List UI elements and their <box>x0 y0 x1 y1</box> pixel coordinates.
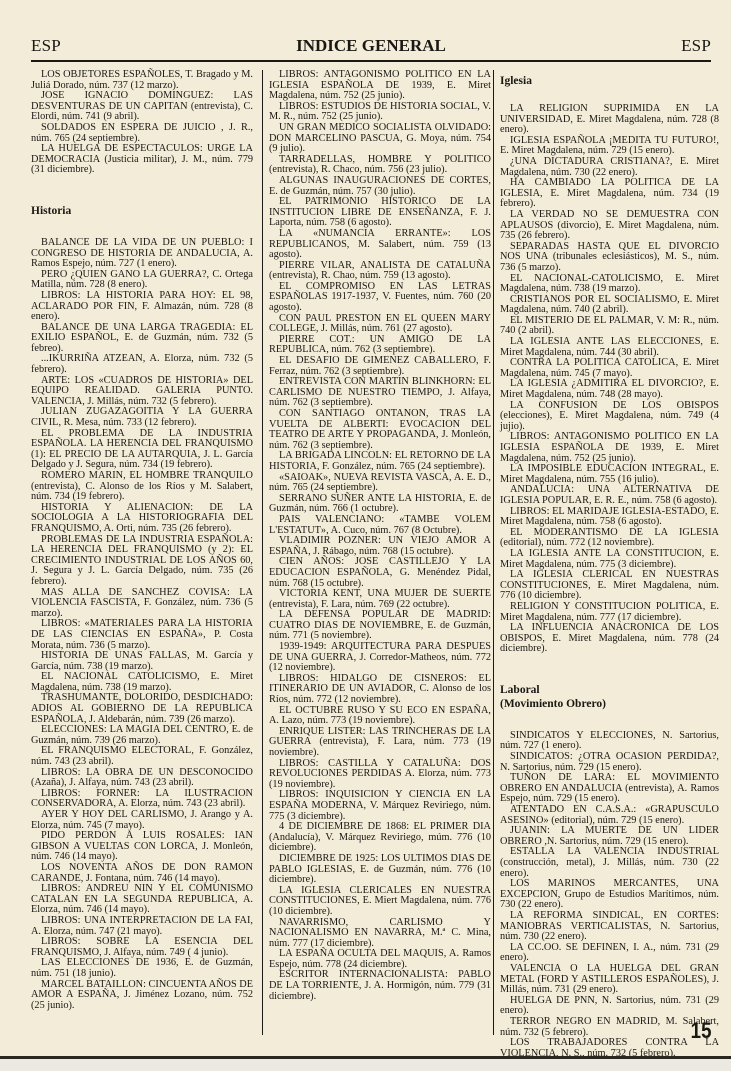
index-entry: «SAIOAK», NUEVA REVISTA VASCA, A. E. D.,… <box>269 473 491 494</box>
index-entry: TERROR NEGRO EN MADRID, M. Salabert, núm… <box>500 1017 719 1038</box>
index-entry: EL DESAFIO DE GIMENEZ CABALLERO, F. Ferr… <box>269 356 491 377</box>
index-entry: SINDICATOS: ¿OTRA OCASION PERDIDA?, N. S… <box>500 752 719 773</box>
index-entry: EL PATRIMONIO HISTORICO DE LA INSTITUCIO… <box>269 197 491 229</box>
index-entry: PROBLEMAS DE LA INDUSTRIA ESPAÑOLA: LA H… <box>31 535 253 588</box>
index-entry: LIBROS: ANDREU NIN Y EL COMUNISMO CATALA… <box>31 884 253 916</box>
index-entry: BALANCE DE UNA LARGA TRAGEDIA: EL EXILIO… <box>31 323 253 355</box>
index-entry: CON PAUL PRESTON EN EL QUEEN MARY COLLEG… <box>269 314 491 335</box>
index-entry: CIEN AÑOS: JOSE CASTILLEJO Y LA EDUCACIO… <box>269 557 491 589</box>
index-entry: LA HUELGA DE ESPECTACULOS: URGE LA DEMOC… <box>31 144 253 176</box>
index-entry: LA CONFUSION DE LOS OBISPOS (elecciones)… <box>500 401 719 433</box>
index-entry: JUANIN: LA MUERTE DE UN LIDER OBRERO ,N.… <box>500 826 719 847</box>
index-entry: LA DEFENSA POPULAR DE MADRID: CUATRO DIA… <box>269 610 491 642</box>
index-entry: EL PROBLEMA DE LA INDUSTRIA ESPAÑOLA. LA… <box>31 429 253 471</box>
index-entry: LOS MARINOS MERCANTES, UNA EXCEPCION, Gr… <box>500 879 719 911</box>
index-entry: LIBROS: INQUISICION Y CIENCIA EN LA ESPA… <box>269 790 491 822</box>
index-entry: HA CAMBIADO LA POLITICA DE LA IGLESIA, E… <box>500 178 719 210</box>
index-entry: TUÑON DE LARA: EL MOVIMIENTO OBRERO EN A… <box>500 773 719 805</box>
index-entry: ENTREVISTA CON MARTIN BLINKHORN: EL CARL… <box>269 377 491 409</box>
index-entry: LOS OBJETORES ESPAÑOLES, T. Bragado y M.… <box>31 70 253 91</box>
index-entry: EL FRANQUISMO ELECTORAL, F. González, nú… <box>31 746 253 767</box>
index-entry: LA «NUMANCIA ERRANTE»: LOS REPUBLICANOS,… <box>269 229 491 261</box>
index-entry: EL MISTERIO DE EL PALMAR, V. M: R., núm.… <box>500 316 719 337</box>
index-entry: ELECCIONES: LA MAGIA DEL CENTRO, E. de G… <box>31 725 253 746</box>
index-entry: ANDALUCIA: UNA ALTERNATIVA DE IGLESIA PO… <box>500 485 719 506</box>
column-3: IglesiaLA RELIGION SUPRIMIDA EN LA UNIVE… <box>493 70 719 1035</box>
index-entry: SOLDADOS EN ESPERA DE JUICIO , J. R., nú… <box>31 123 253 144</box>
index-entry: LA REFORMA SINDICAL, EN CORTES: MANIOBRA… <box>500 911 719 943</box>
index-entry: CONTRA LA POLITICA CATOLICA, E. Miret Ma… <box>500 358 719 379</box>
index-entry: CON SANTIAGO ONTANON, TRAS LA VUELTA DE … <box>269 409 491 451</box>
index-entry: LA IMPOSIBLE EDUCACION INTEGRAL, E. Mire… <box>500 464 719 485</box>
index-entry: LA CC.OO. SE DEFINEN, I. A., núm. 731 (2… <box>500 943 719 964</box>
index-entry: LIBROS: LA HISTORIA PARA HOY: EL 98, ACL… <box>31 291 253 323</box>
index-entry: VICTORIA KENT, UNA MUJER DE SUERTE (entr… <box>269 589 491 610</box>
index-entry: LIBROS: FORNER: LA ILUSTRACION CONSERVAD… <box>31 789 253 810</box>
index-entry: SINDICATOS Y ELECCIONES, N. Sartorius, n… <box>500 731 719 752</box>
index-entry: IGLESIA ESPAÑOLA ¡MEDITA TU FUTURO!, E. … <box>500 136 719 157</box>
index-entry: DICIEMBRE DE 1925: LOS ULTIMOS DIAS DE P… <box>269 854 491 886</box>
index-entry: LIBROS: ANTAGONISMO POLITICO EN LA IGLES… <box>269 70 491 102</box>
section-heading: Laboral(Movimiento Obrero) <box>500 683 719 711</box>
index-entry: PERO ¿QUIEN GANO LA GUERRA?, C. Ortega M… <box>31 270 253 291</box>
page-number: 15 <box>690 1018 711 1044</box>
index-entry: VALENCIA O LA HUELGA DEL GRAN METAL (FOR… <box>500 964 719 996</box>
index-entry: BALANCE DE LA VIDA DE UN PUEBLO: I CONGR… <box>31 238 253 270</box>
index-entry: LIBROS: UNA INTERPRETACION DE LA FAI, A.… <box>31 916 253 937</box>
index-entry: RELIGION Y CONSTITUCION POLITICA, E. Mir… <box>500 602 719 623</box>
index-entry: LIBROS: EL MARIDAJE IGLESIA-ESTADO, E. M… <box>500 507 719 528</box>
section-heading: Historia <box>31 204 253 218</box>
page-title: INDICE GENERAL <box>31 36 711 56</box>
index-entry: SEPARADAS HASTA QUE EL DIVORCIO NOS UNA … <box>500 242 719 274</box>
index-entry: LA ESPAÑA OCULTA DEL MAQUIS, A. Ramos Es… <box>269 949 491 970</box>
index-entry: LA IGLESIA ANTE LA CONSTITUCION, E. Mire… <box>500 549 719 570</box>
index-entry: LA VERDAD NO SE DEMUESTRA CON APLAUSOS (… <box>500 210 719 242</box>
index-entry: LIBROS: SOBRE LA ESENCIA DEL FRANQUISMO,… <box>31 937 253 958</box>
index-entry: EL MODERANTISMO DE LA IGLESIA (editorial… <box>500 528 719 549</box>
index-entry: JULIAN ZUGAZAGOITIA Y LA GUERRA CIVIL, R… <box>31 407 253 428</box>
index-entry: PAIS VALENCIANO: «TAMBE VOLEM L'ESTATUT»… <box>269 515 491 536</box>
index-entry: ¿UNA DICTADURA CRISTIANA?, E. Miret Magd… <box>500 157 719 178</box>
magazine-page: ESP INDICE GENERAL ESP LOS OBJETORES ESP… <box>0 0 731 1058</box>
index-entry: PIERRE VILAR, ANALISTA DE CATALUÑA (entr… <box>269 261 491 282</box>
index-entry: ARTE: LOS «CUADROS DE HISTORIA» DEL EQUI… <box>31 376 253 408</box>
index-entry: ALGUNAS INAUGURACIONES DE CORTES, E. de … <box>269 176 491 197</box>
index-entry: HISTORIA DE UNAS FALLAS, M. García y Gar… <box>31 651 253 672</box>
index-entry: ENRIQUE LISTER: LAS TRINCHERAS DE LA GUE… <box>269 727 491 759</box>
index-entry: LA INFLUENCIA ANACRONICA DE LOS OBISPOS,… <box>500 623 719 655</box>
section-subtitle: (Movimiento Obrero) <box>500 697 719 711</box>
index-entry: LIBROS: CASTILLA Y CATALUÑA: DOS REVOLUC… <box>269 759 491 791</box>
index-entry: ROMERO MARIN, EL HOMBRE TRANQUILO (entre… <box>31 471 253 503</box>
index-entry: SERRANO SUÑER ANTE LA HISTORIA, E. de Gu… <box>269 494 491 515</box>
index-entry: LA BRIGADA LINCOLN: EL RETORNO DE LA HIS… <box>269 451 491 472</box>
section-title: Iglesia <box>500 75 532 87</box>
index-entry: TARRADELLAS, HOMBRE Y POLITICO (entrevis… <box>269 155 491 176</box>
index-entry: LOS NOVENTA AÑOS DE DON RAMON CARANDE, J… <box>31 863 253 884</box>
index-entry: TRASHUMANTE, DOLORIDO, DESDICHADO: ADIOS… <box>31 693 253 725</box>
index-entry: EL NACIONAL-CATOLICISMO, E. Miret Magdal… <box>500 274 719 295</box>
index-entry: LIBROS: ANTAGONISMO POLITICO EN LA IGLES… <box>500 432 719 464</box>
index-entry: VLADIMIR POZNER: UN VIEJO AMOR A ESPAÑA,… <box>269 536 491 557</box>
column-2: LIBROS: ANTAGONISMO POLITICO EN LA IGLES… <box>262 70 491 1035</box>
index-entry: LA IGLESIA CLERICAL EN NUESTRAS CONSTITU… <box>500 570 719 602</box>
index-entry: EL COMPROMISO EN LAS LETRAS ESPAÑOLAS 19… <box>269 282 491 314</box>
section-title: Historia <box>31 205 71 217</box>
index-entry: ...IKURRIÑA ATZEAN, A. Elorza, núm. 732 … <box>31 354 253 375</box>
index-entry: CRISTIANOS POR EL SOCIALISMO, E. Miret M… <box>500 295 719 316</box>
index-entry: 1939-1949: ARQUITECTURA PARA DESPUES DE … <box>269 642 491 674</box>
section-title: Laboral <box>500 684 540 696</box>
index-entry: HISTORIA Y ALIENACION: DE LA SOCIOLOGIA … <box>31 503 253 535</box>
index-entry: MAS ALLA DE SANCHEZ COVISA: LA VIOLENCIA… <box>31 588 253 620</box>
index-entry: LIBROS: HIDALGO DE CISNEROS: EL ITINERAR… <box>269 674 491 706</box>
index-entry: LA IGLESIA CLERICALES EN NUESTRA CONSTIT… <box>269 886 491 918</box>
header-right-label: ESP <box>681 36 711 56</box>
index-entry: LA IGLESIA ¿ADMITIRA EL DIVORCIO?, E. Mi… <box>500 379 719 400</box>
index-entry: NAVARRISMO, CARLISMO Y NACIONALISMO EN N… <box>269 918 491 950</box>
index-entry: ESTALLA LA VALENCIA INDUSTRIAL (construc… <box>500 847 719 879</box>
index-entry: EL NACIONAL CATOLICISMO, E. Miret Magdal… <box>31 672 253 693</box>
index-entry: LAS ELECCIONES DE 1936, E. de Guzmán, nú… <box>31 958 253 979</box>
index-entry: JOSE IGNACIO DOMINGUEZ: LAS DESVENTURAS … <box>31 91 253 123</box>
index-entry: UN GRAN MEDICO SOCIALISTA OLVIDADO: DON … <box>269 123 491 155</box>
index-entry: PIDO PERDON A LUIS ROSALES: IAN GIBSON A… <box>31 831 253 863</box>
index-entry: LA IGLESIA ANTE LAS ELECCIONES, E. Miret… <box>500 337 719 358</box>
index-entry: ESCRITOR INTERNACIONALISTA: PABLO DE LA … <box>269 970 491 1002</box>
index-entry: LIBROS: LA OBRA DE UN DESCONOCIDO (Azaña… <box>31 768 253 789</box>
index-entry: LIBROS: «MATERIALES PARA LA HISTORIA DE … <box>31 619 253 651</box>
index-entry: PIERRE COT.: UN AMIGO DE LA REPUBLICA, n… <box>269 335 491 356</box>
column-1: LOS OBJETORES ESPAÑOLES, T. Bragado y M.… <box>31 70 253 1011</box>
index-entry: MARCEL BATAILLON: CINCUENTA AÑOS DE AMOR… <box>31 980 253 1012</box>
index-entry: 4 DE DICIEMBRE DE 1868: EL PRIMER DIA (A… <box>269 822 491 854</box>
index-entry: LA RELIGION SUPRIMIDA EN LA UNIVERSIDAD,… <box>500 104 719 136</box>
index-entry: HUELGA DE PNN, N. Sartorius, núm. 731 (2… <box>500 996 719 1017</box>
section-heading: Iglesia <box>500 74 719 88</box>
index-entry: LIBROS: ESTUDIOS DE HISTORIA SOCIAL, V. … <box>269 102 491 123</box>
background-below-page <box>0 1059 731 1071</box>
page-header: ESP INDICE GENERAL ESP <box>31 36 711 62</box>
index-entry: AYER Y HOY DEL CARLISMO, J. Arango y A. … <box>31 810 253 831</box>
index-entry: EL OCTUBRE RUSO Y SU ECO EN ESPAÑA, A. L… <box>269 706 491 727</box>
index-entry: ATENTADO EN C.A.S.A.: «GRAPUSCULO ASESIN… <box>500 805 719 826</box>
